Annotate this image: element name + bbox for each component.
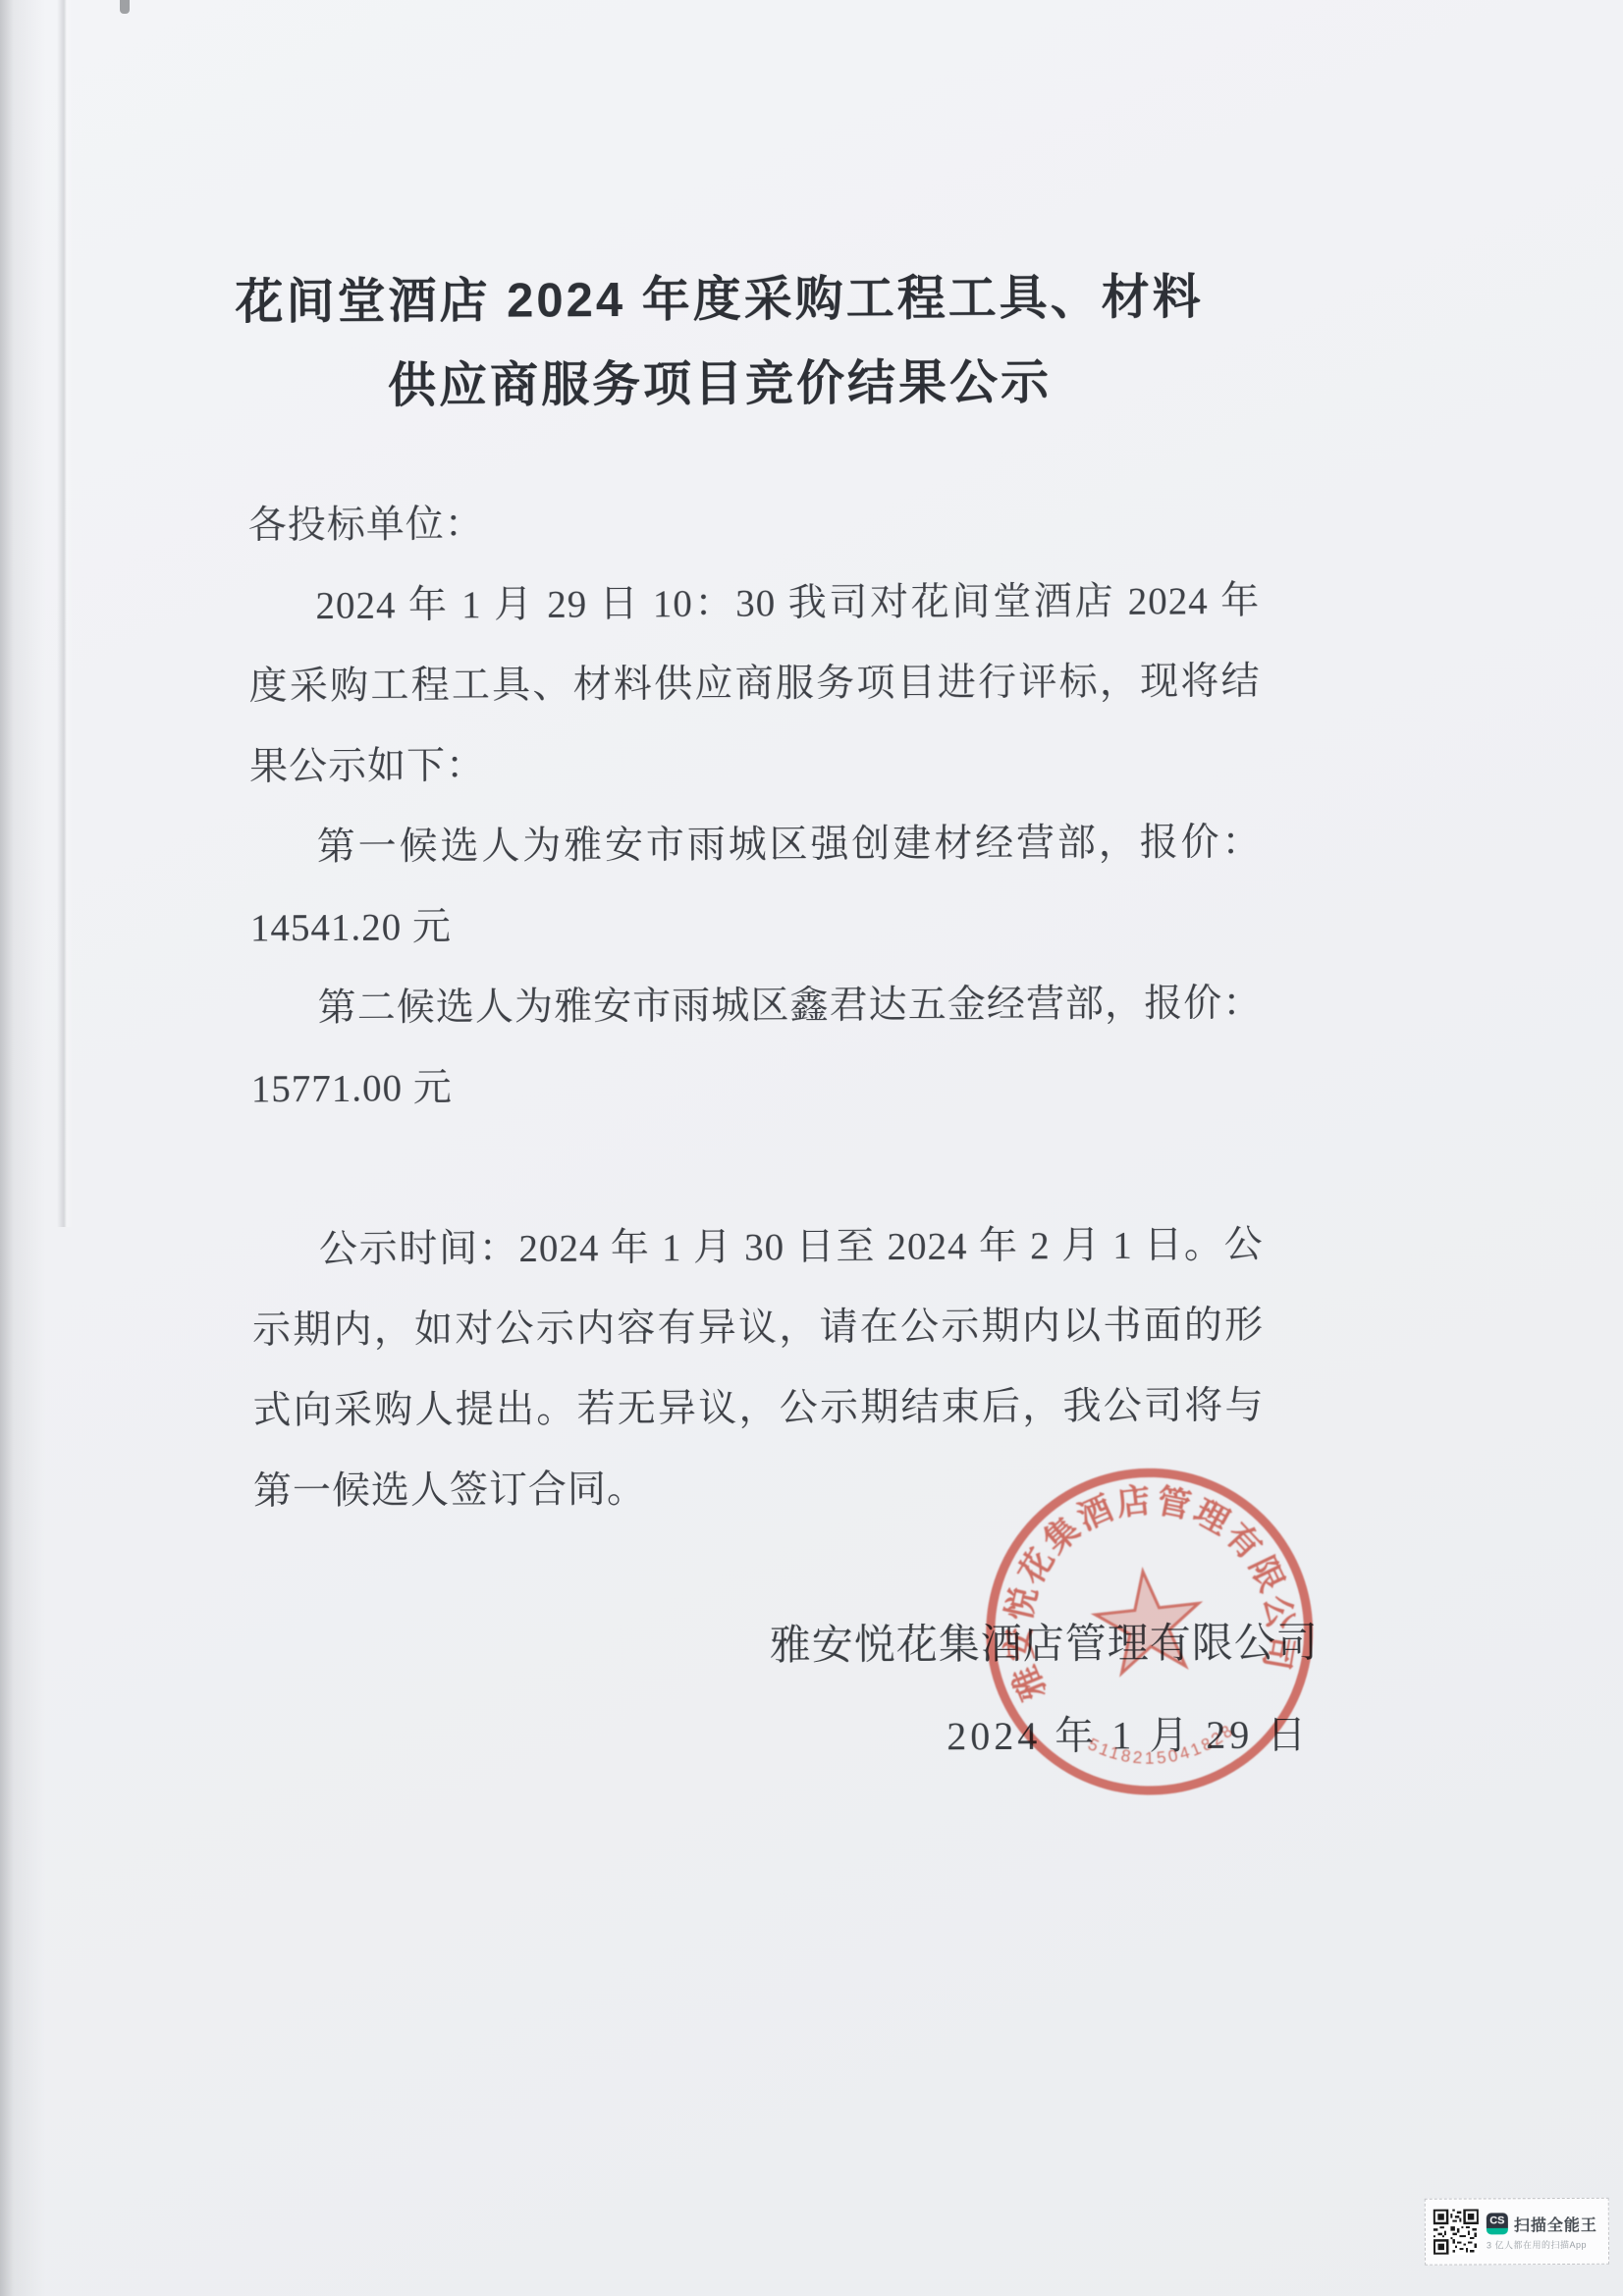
watermark-text-block: CS 扫描全能王 3 亿人都在用的扫描App	[1487, 2212, 1597, 2251]
paragraph-first-candidate: 第一候选人为雅安市雨城区强创建材经营部，报价：14541.20 元	[249, 803, 1262, 969]
cs-logo-icon: CS	[1487, 2213, 1508, 2234]
page-title: 花间堂酒店 2024 年度采购工程工具、材料 供应商服务项目竞价结果公示	[148, 254, 1290, 429]
paragraph-second-candidate: 第二候选人为雅安市雨城区鑫君达五金经营部，报价：15771.00 元	[250, 964, 1263, 1130]
paper-crease	[57, 0, 73, 1227]
document-body: 各投标单位： 2024 年 1 月 29 日 10：30 我司对花间堂酒店 20…	[248, 481, 1266, 1532]
official-seal: 雅安悦花集酒店管理有限公司 5118215041828	[957, 1440, 1341, 1824]
scanned-document-page: 花间堂酒店 2024 年度采购工程工具、材料 供应商服务项目竞价结果公示 各投标…	[0, 0, 1623, 2296]
title-line-1: 花间堂酒店 2024 年度采购工程工具、材料	[235, 271, 1204, 329]
watermark-app-name: 扫描全能王	[1514, 2212, 1597, 2234]
document-content: 花间堂酒店 2024 年度采购工程工具、材料 供应商服务项目竞价结果公示 各投标…	[0, 0, 1623, 4]
svg-text:5118215041828: 5118215041828	[1083, 1718, 1241, 1775]
paragraph-evaluation-notice: 2024 年 1 月 29 日 10：30 我司对花间堂酒店 2024 年度采购…	[248, 561, 1261, 808]
scan-artifact	[120, 0, 130, 14]
scanner-watermark: CS 扫描全能王 3 亿人都在用的扫描App	[1425, 2198, 1609, 2266]
salutation: 各投标单位：	[248, 481, 1260, 566]
seal-star-icon	[1091, 1566, 1205, 1676]
seal-registration-number: 5118215041828	[1083, 1718, 1241, 1775]
qr-code-icon	[1434, 2209, 1479, 2254]
scan-edge-shadow	[0, 0, 45, 2296]
title-line-2: 供应商服务项目竞价结果公示	[388, 356, 1052, 413]
watermark-tagline: 3 亿人都在用的扫描App	[1487, 2237, 1597, 2251]
